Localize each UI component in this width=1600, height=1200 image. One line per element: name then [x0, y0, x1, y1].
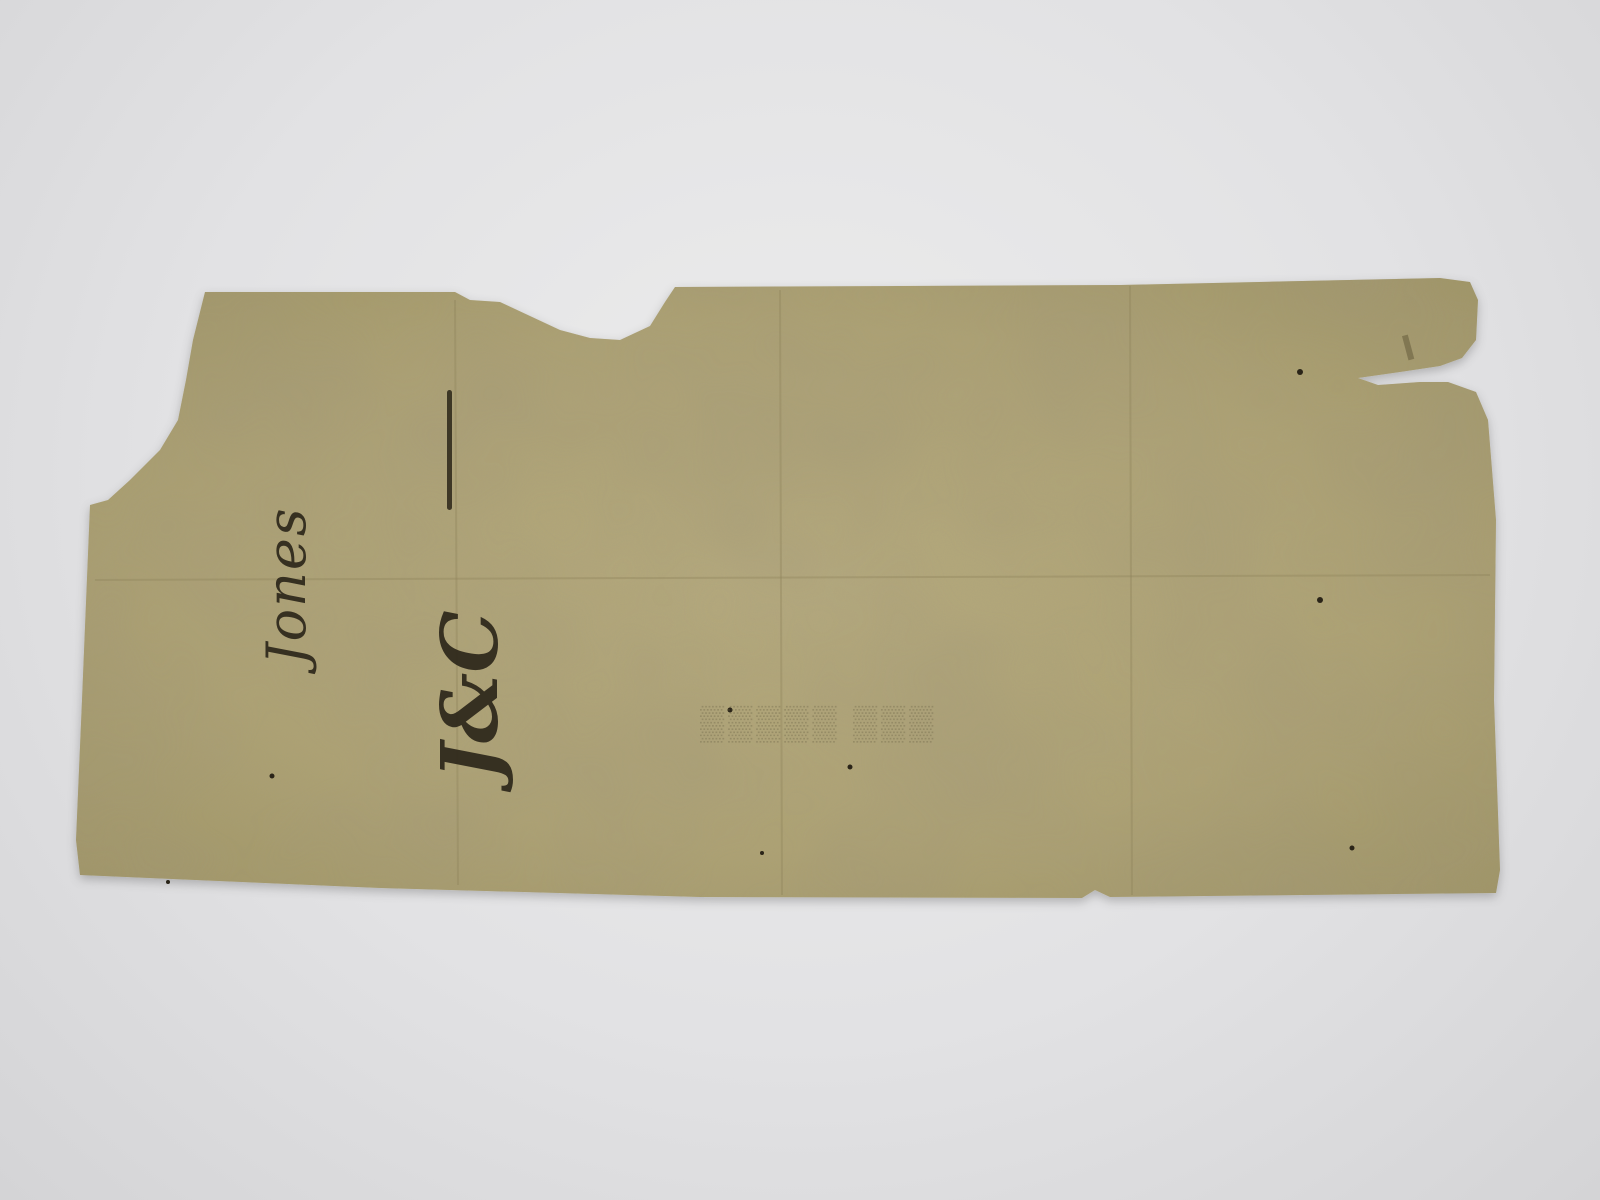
faint-print-bleedthrough: ▒▒▒▒▒ ▒▒▒: [700, 705, 937, 743]
handwritten-name: Jones: [255, 506, 318, 665]
handwritten-mark: J&C: [425, 611, 516, 780]
photo-scene: [0, 0, 1600, 1200]
handwritten-dash: [447, 390, 452, 510]
